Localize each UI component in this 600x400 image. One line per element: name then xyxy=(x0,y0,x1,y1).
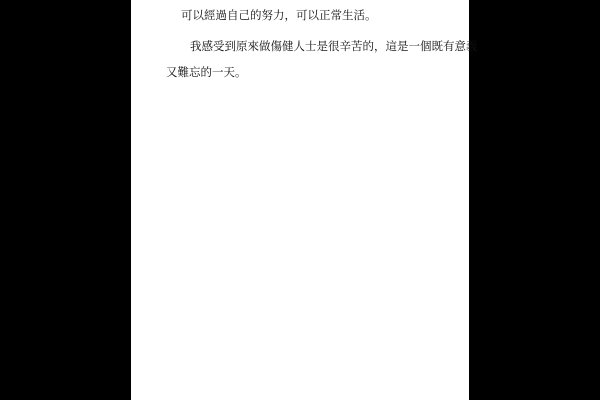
paragraph-continuation-line: 又難忘的一天。 xyxy=(166,65,247,79)
paragraph-first-line: 我感受到原來做傷健人士是很辛苦的，這是一個既有意義 xyxy=(190,39,478,53)
text-line: 可以經過自己的努力，可以正常生活。 xyxy=(181,8,377,22)
document-page: 可以經過自己的努力，可以正常生活。 我感受到原來做傷健人士是很辛苦的，這是一個既… xyxy=(131,0,469,400)
